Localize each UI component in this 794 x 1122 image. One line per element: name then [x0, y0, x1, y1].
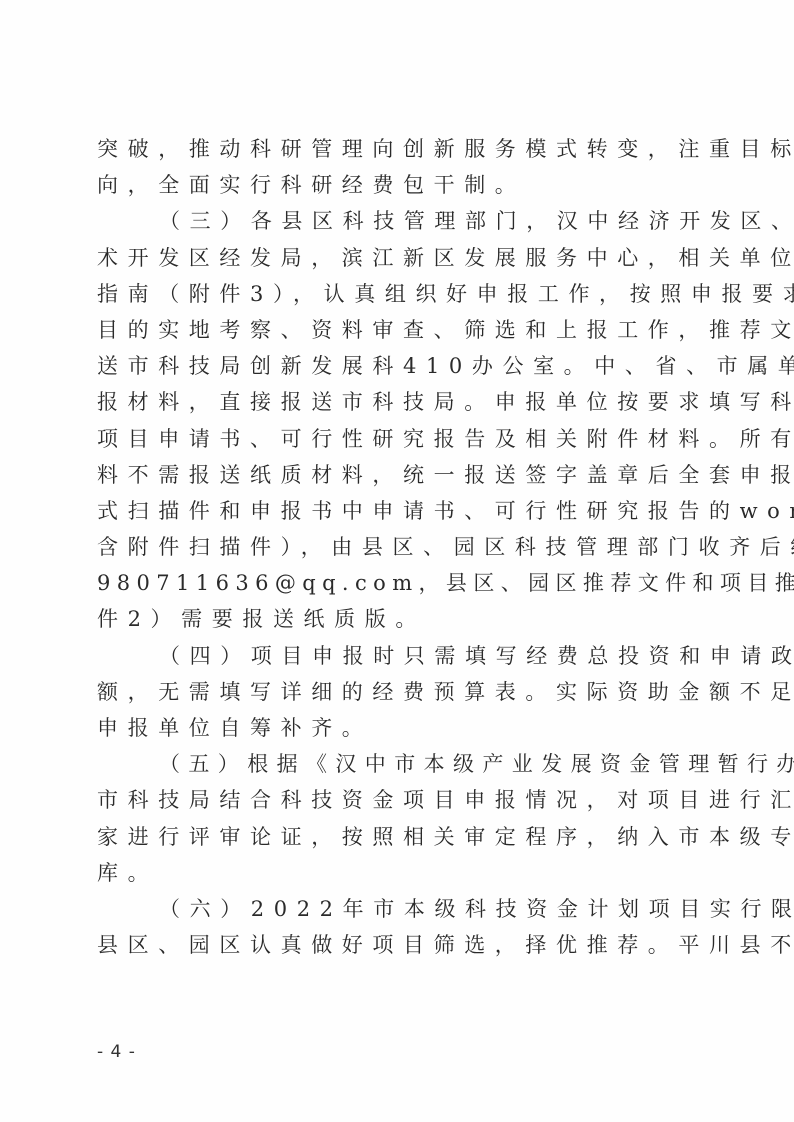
- paragraph-item-4: （四）项目申报时只需填写经费总投资和申请政府资助金 额，无需填写详细的经费预算表…: [97, 638, 697, 747]
- text-line: 向，全面实行科研经费包干制。: [97, 167, 697, 203]
- text-line: 县区、园区认真做好项目筛选，择优推荐。平川县不超过7个项: [97, 927, 697, 963]
- text-line: 库。: [97, 855, 697, 891]
- text-line: 突破，推动科研管理向创新服务模式转变，注重目标任务结果导: [97, 131, 697, 167]
- text-line: 送市科技局创新发展科410办公室。中、省、市属单位的项目申: [97, 348, 697, 384]
- text-line: 含附件扫描件），由县区、园区科技管理部门收齐后统一发送至: [97, 529, 697, 565]
- text-line: 报材料，直接报送市科技局。申报单位按要求填写科技资金计划: [97, 384, 697, 420]
- paragraph-item-5: （五）根据《汉中市本级产业发展资金管理暂行办法》规定， 市科技局结合科技资金项目…: [97, 746, 697, 891]
- text-line: 目的实地考察、资料审查、筛选和上报工作，推荐文件盖章后报: [97, 312, 697, 348]
- text-line: （三）各县区科技管理部门，汉中经济开发区、航空经济技: [97, 203, 697, 239]
- text-line: （五）根据《汉中市本级产业发展资金管理暂行办法》规定，: [97, 746, 697, 782]
- text-line: 项目申请书、可行性研究报告及相关附件材料。所有项目申请材: [97, 421, 697, 457]
- text-line: 术开发区经发局，滨江新区发展服务中心，相关单位要根据申报: [97, 240, 697, 276]
- text-line: 家进行评审论证，按照相关审定程序，纳入市本级专项资金项目: [97, 819, 697, 855]
- text-line: 件2）需要报送纸质版。: [97, 601, 697, 637]
- page-number: - 4 -: [97, 1042, 136, 1062]
- paragraph-continuation: 突破，推动科研管理向创新服务模式转变，注重目标任务结果导 向，全面实行科研经费包…: [97, 131, 697, 203]
- paragraph-item-3: （三）各县区科技管理部门，汉中经济开发区、航空经济技 术开发区经发局，滨江新区发…: [97, 203, 697, 637]
- text-line-email: 980711636@qq.com，县区、园区推荐文件和项目推荐汇总表（附: [97, 565, 697, 601]
- text-line: （四）项目申报时只需填写经费总投资和申请政府资助金: [97, 638, 697, 674]
- paragraph-item-6: （六）2022年市本级科技资金计划项目实行限项申报，请各 县区、园区认真做好项目…: [97, 891, 697, 963]
- text-line: 料不需报送纸质材料，统一报送签字盖章后全套申报书的PDF格: [97, 457, 697, 493]
- text-line: 额，无需填写详细的经费预算表。实际资助金额不足部分由项目: [97, 674, 697, 710]
- document-body: 突破，推动科研管理向创新服务模式转变，注重目标任务结果导 向，全面实行科研经费包…: [97, 131, 697, 963]
- text-line: 指南（附件3），认真组织好申报工作，按照申报要求组织好项: [97, 276, 697, 312]
- document-page: 突破，推动科研管理向创新服务模式转变，注重目标任务结果导 向，全面实行科研经费包…: [0, 0, 794, 1122]
- text-line: 申报单位自筹补齐。: [97, 710, 697, 746]
- text-line: 式扫描件和申报书中申请书、可行性研究报告的word电子版（内: [97, 493, 697, 529]
- text-line: 市科技局结合科技资金项目申报情况，对项目进行汇总，组织专: [97, 782, 697, 818]
- text-line: （六）2022年市本级科技资金计划项目实行限项申报，请各: [97, 891, 697, 927]
